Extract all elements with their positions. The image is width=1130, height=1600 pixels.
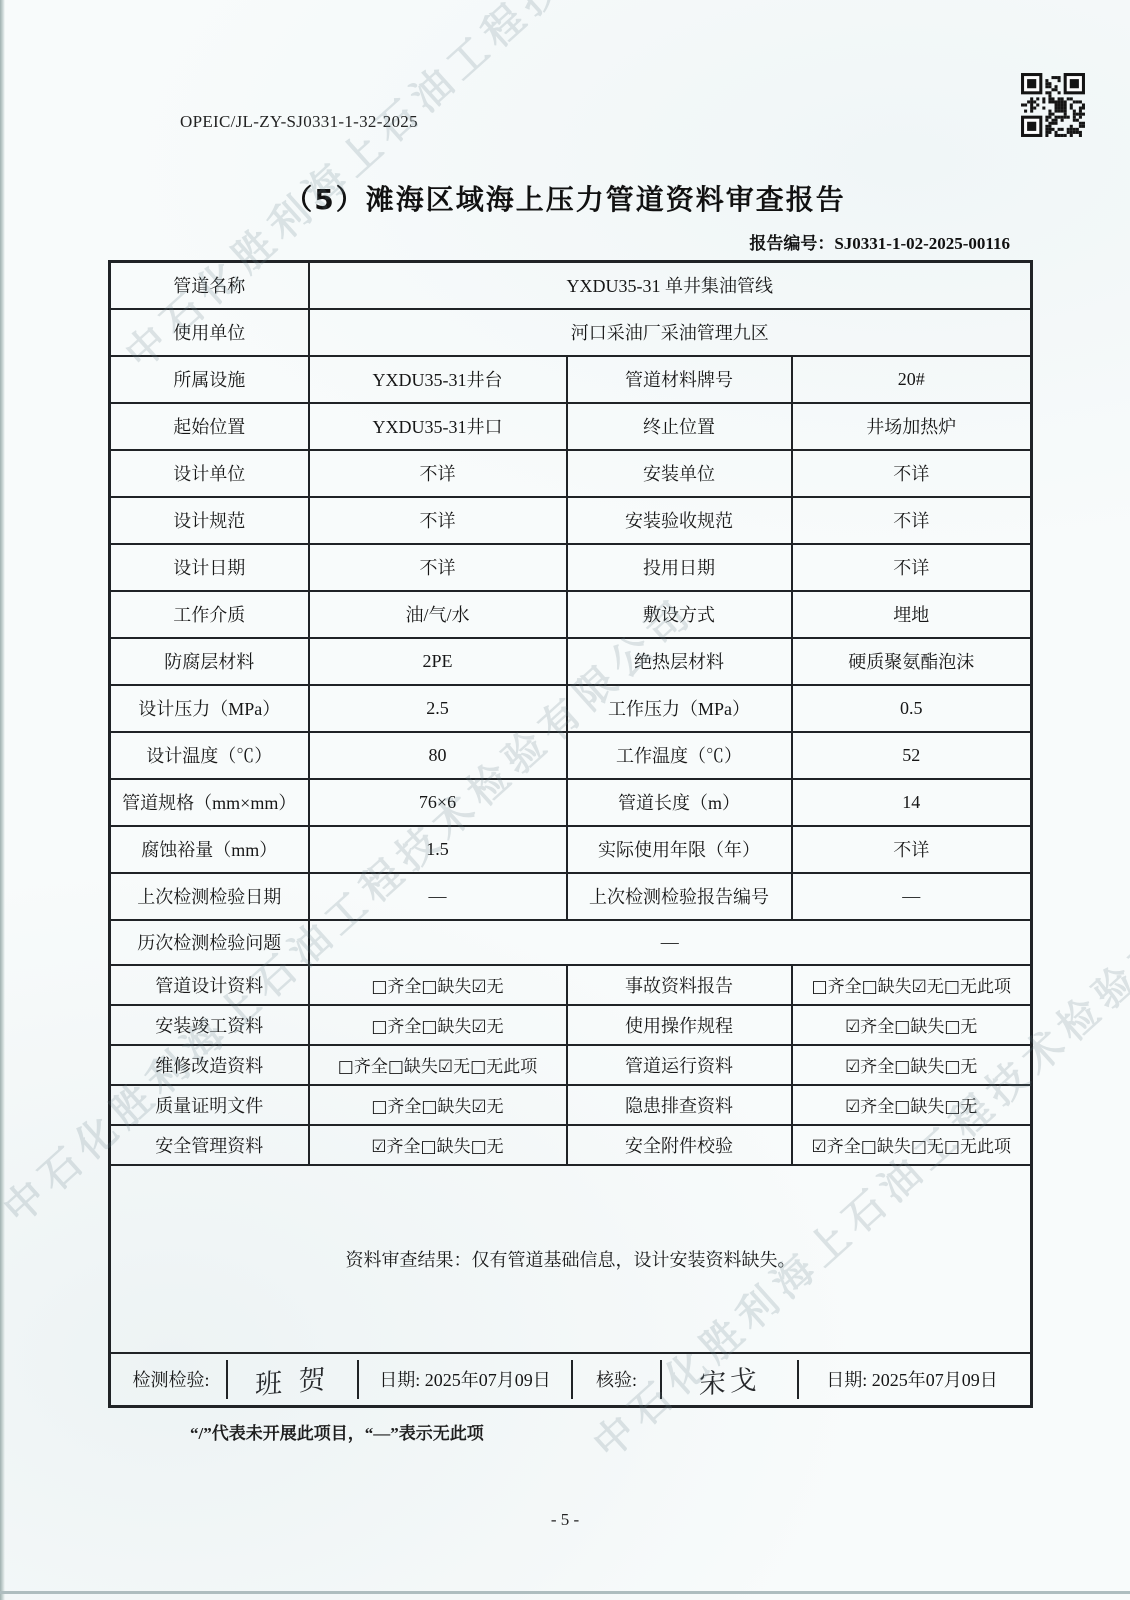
table-row: 设计单位 不详 安装单位 不详 <box>110 450 1032 497</box>
table-row: 安装竣工资料 □齐全□缺失☑无 使用操作规程 ☑齐全□缺失□无 <box>110 1005 1032 1045</box>
review-result-row: 资料审查结果：仅有管道基础信息，设计安装资料缺失。 <box>110 1165 1032 1353</box>
row-label: 起始位置 <box>110 403 309 450</box>
row-label: 安装竣工资料 <box>110 1005 309 1045</box>
row-label: 设计规范 <box>110 497 309 544</box>
table-row: 安全管理资料 ☑齐全□缺失□无 安全附件校验 ☑齐全□缺失□无□无此项 <box>110 1125 1032 1165</box>
row-label: 使用单位 <box>110 309 309 356</box>
page-title: （5）滩海区域海上压力管道资料审查报告 <box>0 178 1130 218</box>
row-label: 上次检测检验日期 <box>110 873 309 920</box>
row-label: 终止位置 <box>567 403 792 450</box>
signature-wrap: 检测检验: 班 贺 日期: 2025年07月09日 核验: 宋戈 日期: 202… <box>116 1360 1025 1399</box>
checkbox-value: ☑齐全□缺失□无 <box>792 1005 1032 1045</box>
row-label: 设计温度（℃） <box>110 732 309 779</box>
row-label: 工作温度（℃） <box>567 732 792 779</box>
row-value: 不详 <box>792 450 1032 497</box>
table-row: 设计规范 不详 安装验收规范 不详 <box>110 497 1032 544</box>
row-value: 不详 <box>309 450 567 497</box>
row-label: 管道长度（m） <box>567 779 792 826</box>
row-value: 52 <box>792 732 1032 779</box>
row-label: 设计压力（MPa） <box>110 685 309 732</box>
checkbox-value: ☑齐全□缺失□无□无此项 <box>792 1125 1032 1165</box>
row-label: 管道材料牌号 <box>567 356 792 403</box>
row-value: 20# <box>792 356 1032 403</box>
table-row: 腐蚀裕量（mm） 1.5 实际使用年限（年） 不详 <box>110 826 1032 873</box>
review-result-text: 资料审查结果：仅有管道基础信息，设计安装资料缺失。 <box>110 1165 1032 1353</box>
pipeline-data-review-table: 管道名称 YXDU35-31 单井集油管线 使用单位 河口采油厂采油管理九区 所… <box>108 260 1033 1408</box>
row-label: 防腐层材料 <box>110 638 309 685</box>
row-label: 管道规格（mm×mm） <box>110 779 309 826</box>
row-label: 历次检测检验问题 <box>110 920 309 965</box>
table-row: 起始位置 YXDU35-31井口 终止位置 井场加热炉 <box>110 403 1032 450</box>
row-value: 80 <box>309 732 567 779</box>
table-row: 设计压力（MPa） 2.5 工作压力（MPa） 0.5 <box>110 685 1032 732</box>
table-row: 设计温度（℃） 80 工作温度（℃） 52 <box>110 732 1032 779</box>
row-label: 维修改造资料 <box>110 1045 309 1085</box>
row-label: 所属设施 <box>110 356 309 403</box>
row-label: 上次检测检验报告编号 <box>567 873 792 920</box>
row-value: 0.5 <box>792 685 1032 732</box>
verification-date: 日期: 2025年07月09日 <box>799 1360 1025 1399</box>
row-label: 使用操作规程 <box>567 1005 792 1045</box>
row-label: 事故资料报告 <box>567 965 792 1005</box>
table-row: 使用单位 河口采油厂采油管理九区 <box>110 309 1032 356</box>
row-value: 不详 <box>792 497 1032 544</box>
signature-row: 检测检验: 班 贺 日期: 2025年07月09日 核验: 宋戈 日期: 202… <box>110 1353 1032 1407</box>
table-row: 历次检测检验问题 — <box>110 920 1032 965</box>
scanned-report-page: { "page": { "doc_code": "OPEIC/JL-ZY-SJ0… <box>0 0 1130 1600</box>
handwritten-signature: 班 贺 <box>255 1356 330 1402</box>
table-row: 设计日期 不详 投用日期 不详 <box>110 544 1032 591</box>
qr-code-icon <box>1020 72 1086 138</box>
verifier-signature: 宋戈 <box>662 1360 799 1399</box>
row-label: 安全管理资料 <box>110 1125 309 1165</box>
checkbox-value: ☑齐全□缺失□无 <box>309 1125 567 1165</box>
row-label: 实际使用年限（年） <box>567 826 792 873</box>
row-label: 工作介质 <box>110 591 309 638</box>
row-label: 敷设方式 <box>567 591 792 638</box>
row-label: 安装验收规范 <box>567 497 792 544</box>
row-value: YXDU35-31井台 <box>309 356 567 403</box>
row-value: YXDU35-31 单井集油管线 <box>309 262 1032 309</box>
row-value: YXDU35-31井口 <box>309 403 567 450</box>
page-number: - 5 - <box>0 1510 1130 1530</box>
row-value: 不详 <box>792 826 1032 873</box>
row-value: 1.5 <box>309 826 567 873</box>
checkbox-value: □齐全□缺失☑无 <box>309 1085 567 1125</box>
row-value: 2PE <box>309 638 567 685</box>
inspector-label: 检测检验: <box>116 1360 228 1399</box>
row-value: 硬质聚氨酯泡沫 <box>792 638 1032 685</box>
row-value: 井场加热炉 <box>792 403 1032 450</box>
scan-bottom-edge <box>0 1591 1130 1594</box>
handwritten-signature: 宋戈 <box>698 1357 760 1402</box>
document-code: OPEIC/JL-ZY-SJ0331-1-32-2025 <box>180 112 418 132</box>
report-number: 报告编号：SJ0331-1-02-2025-00116 <box>749 229 1010 254</box>
row-value: 油/气/水 <box>309 591 567 638</box>
table-row: 管道设计资料 □齐全□缺失☑无 事故资料报告 □齐全□缺失☑无□无此项 <box>110 965 1032 1005</box>
checkbox-value: □齐全□缺失☑无 <box>309 1005 567 1045</box>
row-label: 管道设计资料 <box>110 965 309 1005</box>
table-row: 上次检测检验日期 — 上次检测检验报告编号 — <box>110 873 1032 920</box>
inspection-date: 日期: 2025年07月09日 <box>359 1360 573 1399</box>
checkbox-value: ☑齐全□缺失□无 <box>792 1085 1032 1125</box>
row-value: 不详 <box>792 544 1032 591</box>
row-label: 安全附件校验 <box>567 1125 792 1165</box>
checkbox-value: □齐全□缺失☑无□无此项 <box>309 1045 567 1085</box>
table-row: 工作介质 油/气/水 敷设方式 埋地 <box>110 591 1032 638</box>
scan-left-edge <box>0 0 5 1600</box>
row-label: 管道运行资料 <box>567 1045 792 1085</box>
table-row: 管道规格（mm×mm） 76×6 管道长度（m） 14 <box>110 779 1032 826</box>
checkbox-value: □齐全□缺失☑无 <box>309 965 567 1005</box>
row-label: 管道名称 <box>110 262 309 309</box>
row-value: 不详 <box>309 497 567 544</box>
row-label: 绝热层材料 <box>567 638 792 685</box>
row-label: 隐患排查资料 <box>567 1085 792 1125</box>
row-label: 腐蚀裕量（mm） <box>110 826 309 873</box>
table-row: 所属设施 YXDU35-31井台 管道材料牌号 20# <box>110 356 1032 403</box>
verifier-label: 核验: <box>573 1360 662 1399</box>
row-value: — <box>309 920 1032 965</box>
row-value: 埋地 <box>792 591 1032 638</box>
row-label: 安装单位 <box>567 450 792 497</box>
checkbox-value: □齐全□缺失☑无□无此项 <box>792 965 1032 1005</box>
row-label: 质量证明文件 <box>110 1085 309 1125</box>
row-label: 设计日期 <box>110 544 309 591</box>
table-row: 防腐层材料 2PE 绝热层材料 硬质聚氨酯泡沫 <box>110 638 1032 685</box>
row-value: 14 <box>792 779 1032 826</box>
row-value: — <box>792 873 1032 920</box>
table-row: 管道名称 YXDU35-31 单井集油管线 <box>110 262 1032 309</box>
row-label: 投用日期 <box>567 544 792 591</box>
row-value: 2.5 <box>309 685 567 732</box>
row-value: 不详 <box>309 544 567 591</box>
legend-footnote: “/”代表未开展此项目，“—”表示无此项 <box>190 1419 484 1444</box>
row-value: 76×6 <box>309 779 567 826</box>
row-label: 设计单位 <box>110 450 309 497</box>
inspector-signature: 班 贺 <box>228 1360 359 1399</box>
checkbox-value: ☑齐全□缺失□无 <box>792 1045 1032 1085</box>
table-row: 维修改造资料 □齐全□缺失☑无□无此项 管道运行资料 ☑齐全□缺失□无 <box>110 1045 1032 1085</box>
row-label: 工作压力（MPa） <box>567 685 792 732</box>
signature-cells: 检测检验: 班 贺 日期: 2025年07月09日 核验: 宋戈 日期: 202… <box>110 1353 1032 1407</box>
row-value: 河口采油厂采油管理九区 <box>309 309 1032 356</box>
row-value: — <box>309 873 567 920</box>
table-row: 质量证明文件 □齐全□缺失☑无 隐患排查资料 ☑齐全□缺失□无 <box>110 1085 1032 1125</box>
